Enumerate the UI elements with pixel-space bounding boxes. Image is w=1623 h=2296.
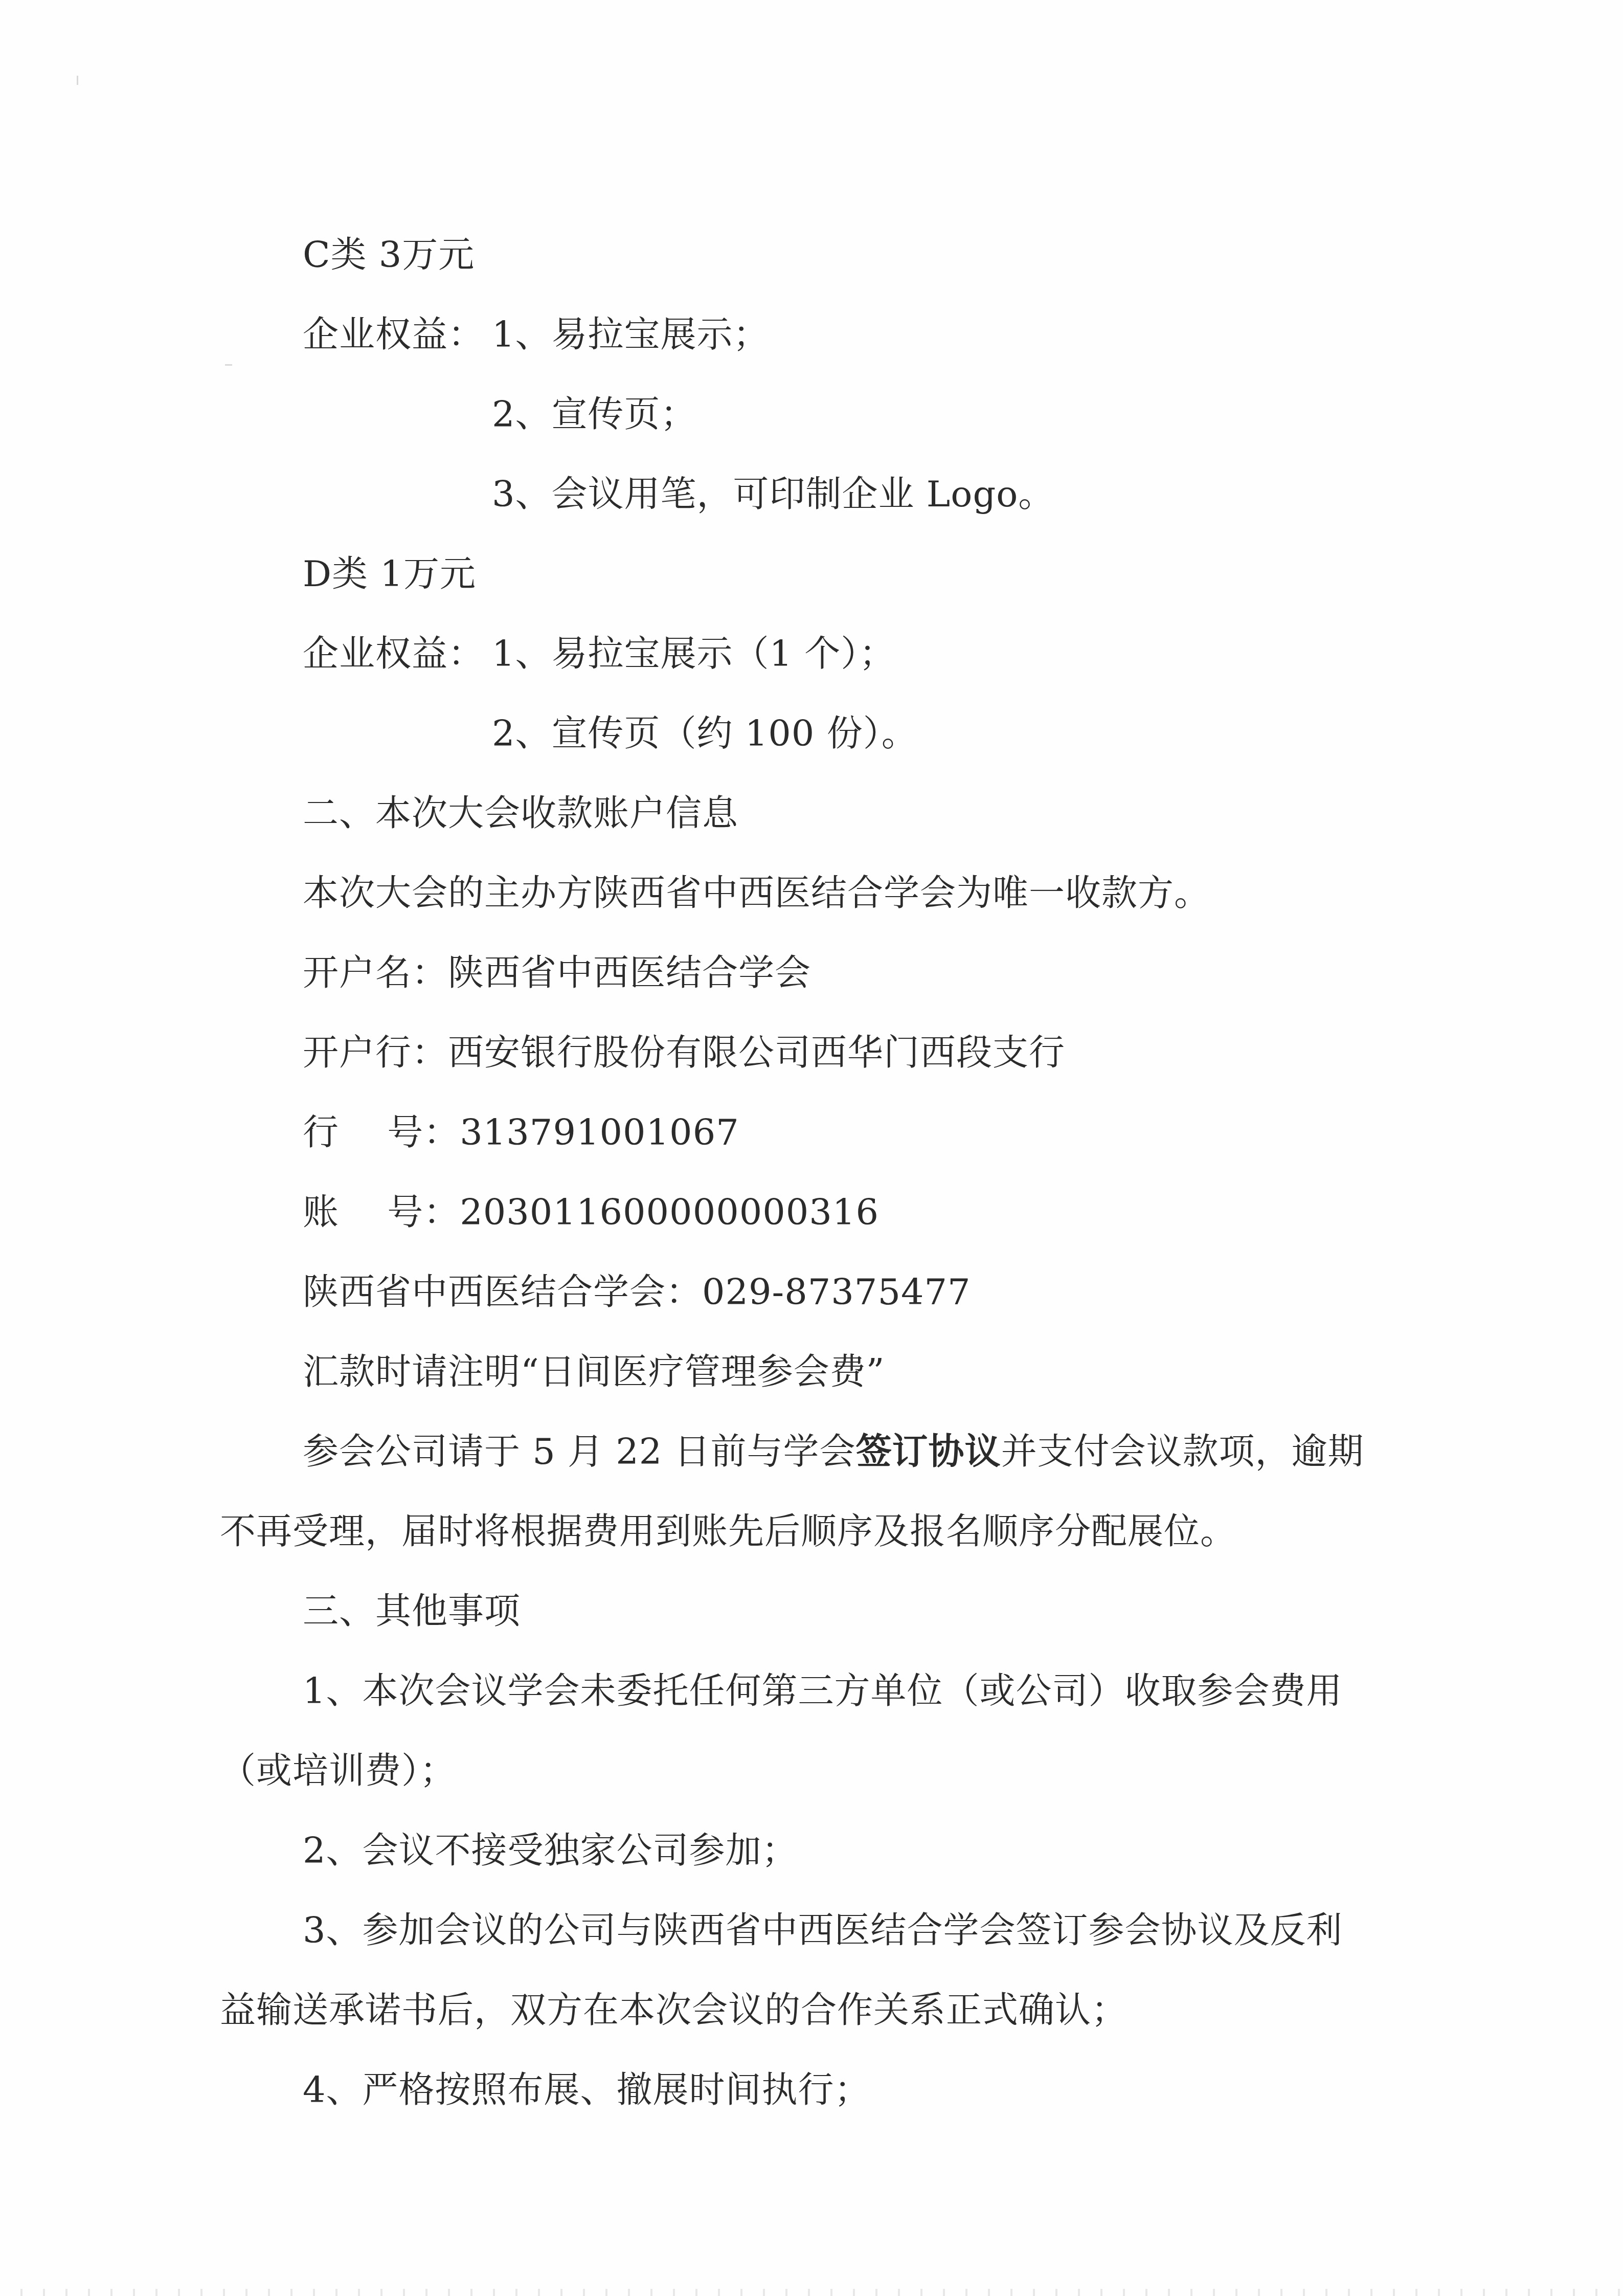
deadline-text-2: 并支付会议款项，逾期 bbox=[1001, 1431, 1364, 1473]
document-page: C类 3万元 企业权益： 1、易拉宝展示； 2、宣传页； 3、会议用笔，可印制企… bbox=[0, 0, 1623, 2296]
section-3-item-3-line1: 3、参加会议的公司与陕西省中西医结合学会签订参会协议及反利 bbox=[303, 1910, 1343, 1951]
deadline-notice-line1: 参会公司请于 5 月 22 日前与学会签订协议并支付会议款项，逾期 bbox=[303, 1431, 1364, 1472]
section-3-item-4: 4、严格按照布展、撤展时间执行； bbox=[303, 2069, 871, 2110]
account-name: 开户名：陕西省中西医结合学会 bbox=[303, 952, 811, 993]
deadline-notice-line2: 不再受理，届时将根据费用到账先后顺序及报名顺序分配展位。 bbox=[220, 1511, 1236, 1552]
tier-c-benefit-item: 2、宣传页； bbox=[492, 394, 697, 435]
section-2-heading: 二、本次大会收款账户信息 bbox=[303, 793, 738, 834]
remittance-remark: 汇款时请注明“日间医疗管理参会费” bbox=[303, 1351, 885, 1392]
bank-code-row: 行 号：313791001067 bbox=[303, 1112, 739, 1153]
scan-speck bbox=[225, 364, 232, 366]
section-3-item-2: 2、会议不接受独家公司参加； bbox=[303, 1830, 798, 1871]
bank-code-label: 行 号： bbox=[303, 1111, 460, 1153]
section-3-item-3-line2: 益输送承诺书后，双方在本次会议的合作关系正式确认； bbox=[220, 1990, 1128, 2031]
tier-d-benefit-item: 1、易拉宝展示（1 个）； bbox=[492, 633, 895, 674]
tier-d-title: D类 1万元 bbox=[303, 553, 476, 594]
scan-noise-strip bbox=[0, 2289, 1623, 2296]
tier-d-benefits-label: 企业权益： bbox=[303, 633, 484, 674]
bank-name: 开户行：西安银行股份有限公司西华门西段支行 bbox=[303, 1032, 1065, 1073]
tier-c-benefit-item: 3、会议用笔，可印制企业 Logo。 bbox=[492, 474, 1054, 515]
tier-c-benefit-item: 1、易拉宝展示； bbox=[492, 314, 770, 355]
account-number-value: 203011600000000316 bbox=[460, 1191, 879, 1233]
tier-c-benefits-label: 企业权益： bbox=[303, 314, 484, 355]
section-3-item-1-line1: 1、本次会议学会未委托任何第三方单位（或公司）收取参会费用 bbox=[303, 1670, 1343, 1711]
contact-phone-label: 陕西省中西医结合学会： bbox=[303, 1271, 702, 1313]
section-2-intro: 本次大会的主办方陕西省中西医结合学会为唯一收款方。 bbox=[303, 873, 1210, 913]
contact-phone-row: 陕西省中西医结合学会：029-87375477 bbox=[303, 1272, 971, 1312]
section-3-item-1-line2: （或培训费）； bbox=[220, 1750, 456, 1791]
tier-d-benefit-item: 2、宣传页（约 100 份）。 bbox=[492, 713, 918, 754]
account-number-label: 账 号： bbox=[303, 1191, 460, 1233]
section-3-heading: 三、其他事项 bbox=[303, 1591, 521, 1632]
scan-speck bbox=[77, 76, 78, 85]
deadline-emphasis: 签订协议 bbox=[856, 1430, 1001, 1473]
account-number-row: 账 号：203011600000000316 bbox=[303, 1192, 879, 1233]
contact-phone-value: 029-87375477 bbox=[702, 1271, 971, 1313]
deadline-text-1: 参会公司请于 5 月 22 日前与学会 bbox=[303, 1431, 856, 1473]
tier-c-title: C类 3万元 bbox=[303, 234, 475, 275]
bank-code-value: 313791001067 bbox=[460, 1111, 739, 1153]
